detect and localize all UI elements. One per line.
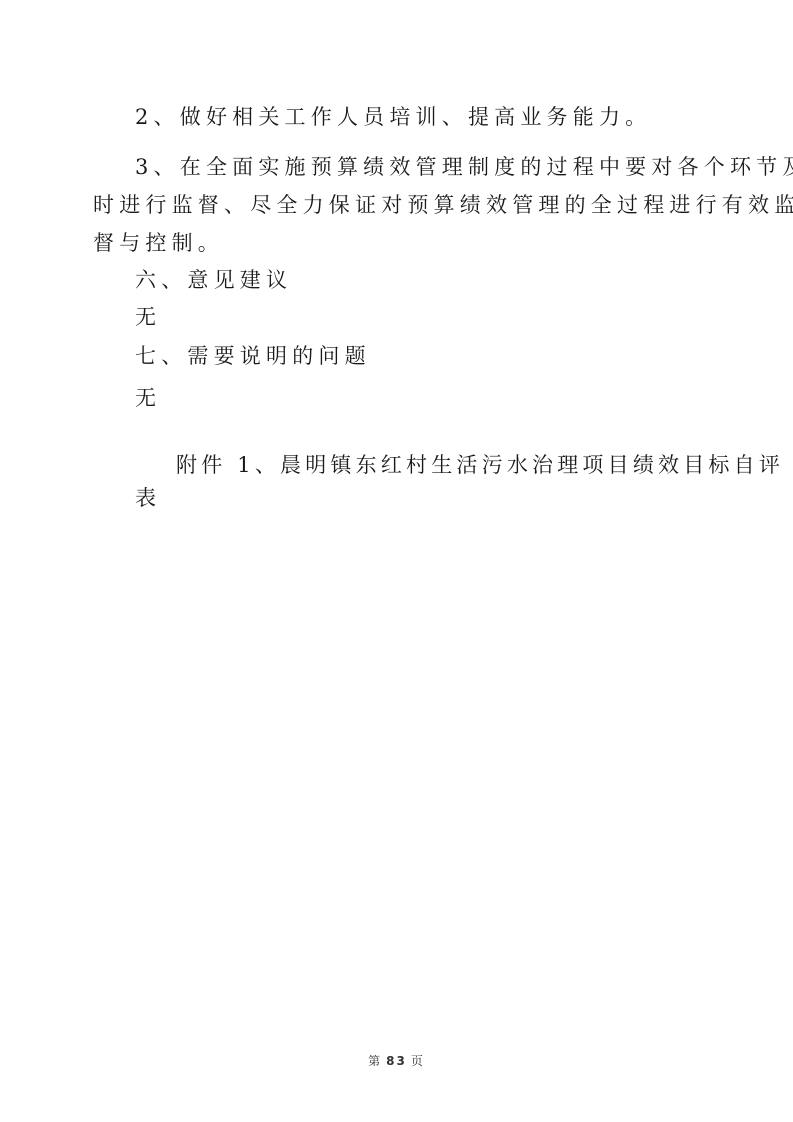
- footer-prefix: 第: [368, 1054, 382, 1068]
- section-seven-body: 无: [135, 385, 161, 411]
- item-3-line-1: 3、在全面实施预算绩效管理制度的过程中要对各个环节及: [135, 154, 793, 180]
- section-six-heading: 六、意见建议: [135, 267, 292, 293]
- item-3-line-2: 时进行监督、尽全力保证对预算绩效管理的全过程进行有效监: [93, 192, 793, 218]
- item-3-line-3: 督与控制。: [93, 230, 224, 256]
- section-seven-heading: 七、需要说明的问题: [135, 343, 371, 369]
- attachment-line-1: 附件 1、晨明镇东红村生活污水治理项目绩效目标自评: [176, 452, 784, 478]
- attachment-line-2: 表: [135, 485, 161, 511]
- section-six-body: 无: [135, 304, 161, 330]
- page-number: 83: [386, 1054, 407, 1068]
- page-footer: 第83页: [0, 1052, 793, 1069]
- item-2-line-1: 2、做好相关工作人员培训、提高业务能力。: [135, 104, 651, 130]
- footer-suffix: 页: [411, 1054, 425, 1068]
